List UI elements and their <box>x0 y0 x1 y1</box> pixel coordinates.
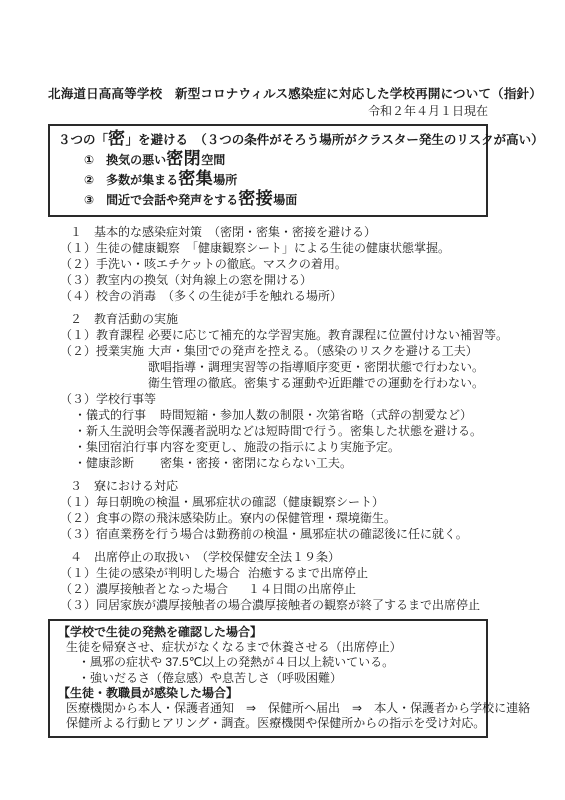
alert-text: 生徒を帰寮させ、症状がなくなるまで休養させる（出席停止） <box>58 640 478 655</box>
alert-heading-fever: 【学校で生徒の発熱を確認した場合】 <box>58 625 478 640</box>
section-heading: １ 基本的な感染症対策 （密閉・密集・密接を避ける） <box>48 224 488 240</box>
item-label: ・新入生説明会等 <box>74 423 170 439</box>
mitsu-item-text: 換気の悪い密閉空間 <box>106 150 225 169</box>
fever-response-box: 【学校で生徒の発熱を確認した場合】 生徒を帰寮させ、症状がなくなるまで休養させる… <box>48 619 488 738</box>
list-item: 歌唱指導・調理実習等の指導順序変更・密閉状態で行わない。 <box>48 359 488 375</box>
list-item: （２）授業実施 大声・集団での発声を控える。（感染のリスクを避ける工夫） <box>48 343 488 359</box>
section-heading: ４ 出席停止の取扱い （学校保健安全法１９条） <box>48 549 488 565</box>
alert-text: 医療機関から本人・保護者通知 ⇒ 保健所へ届出 ⇒ 本人・保護者から学校に連絡 <box>58 701 478 716</box>
mitsu-title-post: 」を避ける （３つの条件がそろう場所がクラスター発生のリスクが高い） <box>126 133 544 147</box>
item-label: （３）同居家族が濃厚接触者の場合 <box>60 597 252 613</box>
section-heading: ２ 教育活動の実施 <box>48 311 488 327</box>
item-description: 歌唱指導・調理実習等の指導順序変更・密閉状態で行わない。 <box>148 359 488 375</box>
list-item: （１）毎日朝晩の検温・風邪症状の確認（健康観察シート） <box>48 494 488 510</box>
item-label: ・健康診断 <box>74 455 160 471</box>
item-label: （２）濃厚接触者となった場合 <box>60 581 248 597</box>
circled-number-1: ① <box>84 151 94 169</box>
item-description: 内容を変更し、施設の指示により実施予定。 <box>160 439 488 455</box>
list-item: （４）校舎の消毒 （多くの生徒が手を触れる場所） <box>48 288 488 304</box>
mitsu-item-close-contact: ③ 間近で会話や発声をする密接場面 <box>58 190 478 209</box>
section-heading: ３ 寮における対応 <box>48 478 488 494</box>
item-label: ・集団宿泊行事 <box>74 439 160 455</box>
mitsu-title-big-char: 密 <box>108 129 126 148</box>
list-item: （１）教育課程 必要に応じて補充的な学習実施。教育課程に位置付けない補習等。 <box>48 327 488 343</box>
list-item: ・集団宿泊行事 内容を変更し、施設の指示により実施予定。 <box>48 439 488 455</box>
list-item: ・新入生説明会等 保護者説明などは短時間で行う。密集した状態を避ける。 <box>48 423 488 439</box>
mitsu-box-title: ３つの「密」を避ける （３つの条件がそろう場所がクラスター発生のリスクが高い） <box>58 130 478 149</box>
item-description: 衛生管理の徹底。密集する運動や近距離での運動を行わない。 <box>148 375 488 391</box>
mitsu-item-crowded-places: ② 多数が集まる密集場所 <box>58 170 478 189</box>
circled-number-3: ③ <box>84 191 94 209</box>
item-description: 大声・集団での発声を控える。（感染のリスクを避ける工夫） <box>148 343 488 359</box>
item-description: 必要に応じて補充的な学習実施。教育課程に位置付けない補習等。 <box>148 327 508 343</box>
item-description: 濃厚接触者の観察が終了するまで出席停止 <box>252 597 488 613</box>
mitsu-item-text: 多数が集まる密集場所 <box>106 170 237 189</box>
list-item: （２）食事の際の飛沫感染防止。寮内の保健管理・環境衛生。 <box>48 510 488 526</box>
list-item: （３）宿直業務を行う場合は勤務前の検温・風邪症状の確認後に任に就く。 <box>48 526 488 542</box>
section-dormitory-response: ３ 寮における対応 （１）毎日朝晩の検温・風邪症状の確認（健康観察シート） （２… <box>48 478 488 542</box>
list-item: （３）同居家族が濃厚接触者の場合 濃厚接触者の観察が終了するまで出席停止 <box>48 597 488 613</box>
section-educational-activities: ２ 教育活動の実施 （１）教育課程 必要に応じて補充的な学習実施。教育課程に位置… <box>48 311 488 471</box>
section-suspension-handling: ４ 出席停止の取扱い （学校保健安全法１９条） （１）生徒の感染が判明した場合 … <box>48 549 488 613</box>
item-description: 保護者説明などは短時間で行う。密集した状態を避ける。 <box>170 423 488 439</box>
item-description: １４日間の出席停止 <box>248 581 488 597</box>
subsection-heading: （３）学校行事等 <box>48 391 488 407</box>
mitsu-title-pre: ３つの「 <box>58 133 108 147</box>
document-title: 北海道日高高等学校 新型コロナウィルス感染症に対応した学校再開について（指針） <box>48 86 488 102</box>
mitsu-item-closed-spaces: ① 換気の悪い密閉空間 <box>58 150 478 169</box>
item-label: ・儀式的行事 <box>74 407 160 423</box>
item-label: （１）教育課程 <box>60 327 148 343</box>
item-description: 治癒するまで出席停止 <box>248 565 488 581</box>
alert-bullet: ・風邪の症状や 37.5℃以上の発熱が４日以上続いている。 <box>58 655 478 670</box>
alert-text: 保健所よる行動ヒアリング・調査。医療機関や保健所からの指示を受け対応。 <box>58 716 478 731</box>
list-item: （３）教室内の換気（対角線上の窓を開ける） <box>48 272 488 288</box>
item-label: （２）授業実施 <box>60 343 148 359</box>
three-mitsu-box: ３つの「密」を避ける （３つの条件がそろう場所がクラスター発生のリスクが高い） … <box>48 124 488 217</box>
item-label: （１）生徒の感染が判明した場合 <box>60 565 248 581</box>
list-item: （２）濃厚接触者となった場合 １４日間の出席停止 <box>48 581 488 597</box>
list-item: （１）生徒の健康観察 「健康観察シート」による生徒の健康状態掌握。 <box>48 240 488 256</box>
list-item: ・儀式的行事 時間短縮・参加人数の制限・次第省略（式辞の割愛など） <box>48 407 488 423</box>
alert-heading-infection: 【生徒・教職員が感染した場合】 <box>58 686 478 701</box>
document-page: 北海道日高高等学校 新型コロナウィルス感染症に対応した学校再開について（指針） … <box>0 0 565 800</box>
section-basic-measures: １ 基本的な感染症対策 （密閉・密集・密接を避ける） （１）生徒の健康観察 「健… <box>48 224 488 304</box>
item-label <box>60 375 148 391</box>
circled-number-2: ② <box>84 171 94 189</box>
list-item: ・健康診断 密集・密接・密閉にならない工夫。 <box>48 455 488 471</box>
list-item: （２）手洗い・咳エチケットの徹底。マスクの着用。 <box>48 256 488 272</box>
date-note: 令和２年４月１日現在 <box>48 103 488 119</box>
list-item: （１）生徒の感染が判明した場合 治癒するまで出席停止 <box>48 565 488 581</box>
list-item: 衛生管理の徹底。密集する運動や近距離での運動を行わない。 <box>48 375 488 391</box>
item-label <box>60 359 148 375</box>
alert-bullet: ・強いだるさ（倦怠感）や息苦しさ（呼吸困難） <box>58 671 478 686</box>
item-description: 密集・密接・密閉にならない工夫。 <box>160 455 488 471</box>
mitsu-item-text: 間近で会話や発声をする密接場面 <box>106 190 297 209</box>
item-description: 時間短縮・参加人数の制限・次第省略（式辞の割愛など） <box>160 407 488 423</box>
